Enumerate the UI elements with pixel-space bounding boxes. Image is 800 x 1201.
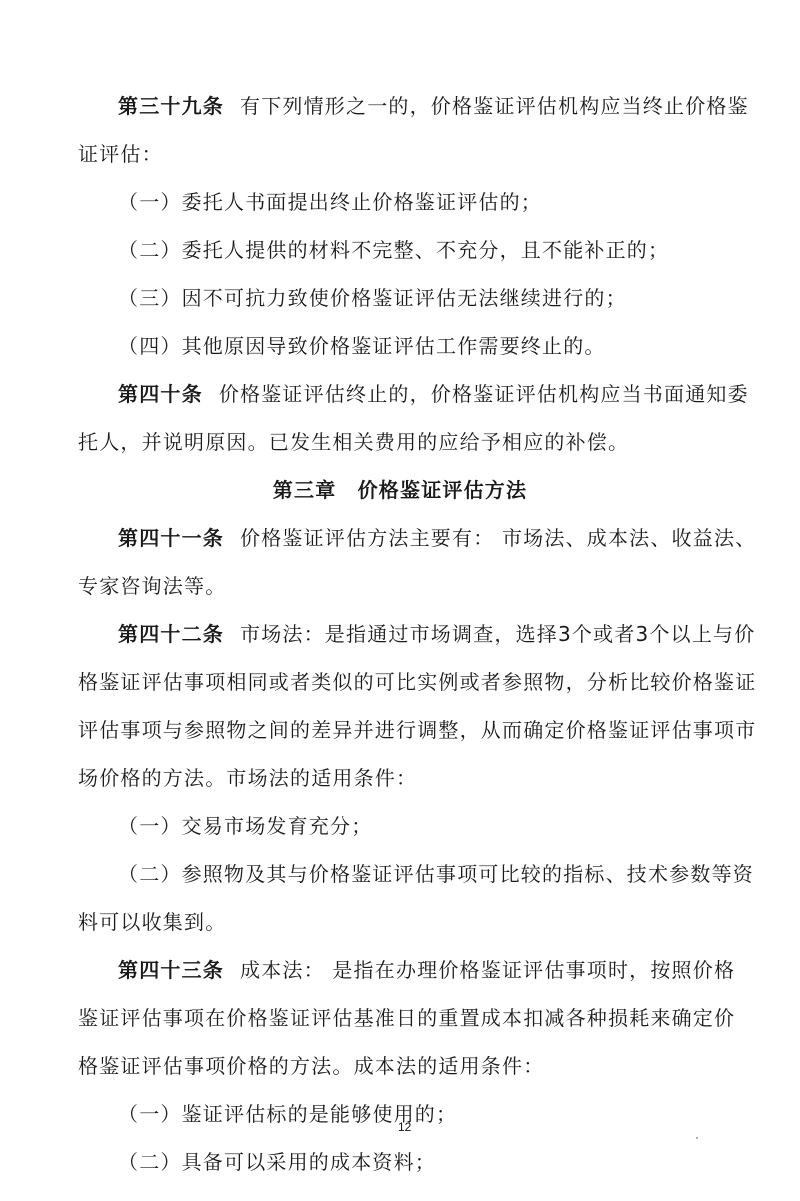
article-41-line-1: 第四十一条价格鉴证评估方法主要有： 市场法、成本法、收益法、	[118, 526, 756, 550]
article-42-item-1: （一）交易市场发育充分；	[118, 814, 372, 838]
article-number: 第四十条	[118, 382, 203, 406]
article-text: 成本法： 是指在办理价格鉴证评估事项时，按照价格	[240, 958, 735, 982]
article-42-item-2-cont: 料可以收集到。	[78, 910, 226, 934]
article-43-line-2: 鉴证评估事项在价格鉴证评估基准日的重置成本扣减各种损耗来确定价	[78, 1006, 735, 1030]
article-40-line-2: 托人，并说明原因。已发生相关费用的应给予相应的补偿。	[78, 430, 629, 454]
article-number: 第三十九条	[118, 94, 224, 118]
article-39-item-1: （一）委托人书面提出终止价格鉴证评估的；	[118, 190, 542, 214]
article-39-item-3: （三）因不可抗力致使价格鉴证评估无法继续进行的；	[118, 286, 627, 310]
article-41-line-2: 专家咨询法等。	[78, 574, 226, 598]
article-42-line-2: 格鉴证评估事项相同或者类似的可比实例或者参照物，分析比较价格鉴证	[78, 670, 756, 694]
article-text: 价格鉴证评估方法主要有： 市场法、成本法、收益法、	[240, 526, 756, 550]
article-39-item-4: （四）其他原因导致价格鉴证评估工作需要终止的。	[118, 334, 606, 358]
article-40-line-1: 第四十条价格鉴证评估终止的，价格鉴证评估机构应当书面通知委	[118, 382, 749, 406]
article-39-line-2: 证评估：	[78, 142, 163, 166]
article-43-line-1: 第四十三条成本法： 是指在办理价格鉴证评估事项时，按照价格	[118, 958, 735, 982]
article-text: 价格鉴证评估终止的，价格鉴证评估机构应当书面通知委	[219, 382, 749, 406]
article-text: 有下列情形之一的，价格鉴证评估机构应当终止价格鉴	[240, 94, 749, 118]
article-42-line-1: 第四十二条市场法：是指通过市场调查，选择3个或者3个以上与价	[118, 622, 755, 646]
article-42-line-4: 场价格的方法。市场法的适用条件：	[78, 766, 417, 790]
article-number: 第四十一条	[118, 526, 224, 550]
page-number: 12	[398, 1120, 411, 1134]
document-page: 第三十九条有下列情形之一的，价格鉴证评估机构应当终止价格鉴 证评估： （一）委托…	[0, 0, 800, 1201]
article-39-item-2: （二）委托人提供的材料不完整、不充分，且不能补正的；	[118, 238, 669, 262]
article-text: 市场法：是指通过市场调查，选择3个或者3个以上与价	[240, 622, 755, 646]
article-42-line-3: 评估事项与参照物之间的差异并进行调整，从而确定价格鉴证评估事项市	[78, 718, 756, 742]
article-number: 第四十三条	[118, 958, 224, 982]
article-39-line-1: 第三十九条有下列情形之一的，价格鉴证评估机构应当终止价格鉴	[118, 94, 749, 118]
article-42-item-2: （二）参照物及其与价格鉴证评估事项可比较的指标、技术参数等资	[118, 862, 754, 886]
chapter-heading: 第三章 价格鉴证评估方法	[0, 478, 800, 502]
article-43-item-2: （二）具备可以采用的成本资料；	[118, 1150, 436, 1174]
article-number: 第四十二条	[118, 622, 224, 646]
scan-speck	[696, 1137, 698, 1139]
article-43-line-3: 格鉴证评估事项价格的方法。成本法的适用条件：	[78, 1054, 544, 1078]
